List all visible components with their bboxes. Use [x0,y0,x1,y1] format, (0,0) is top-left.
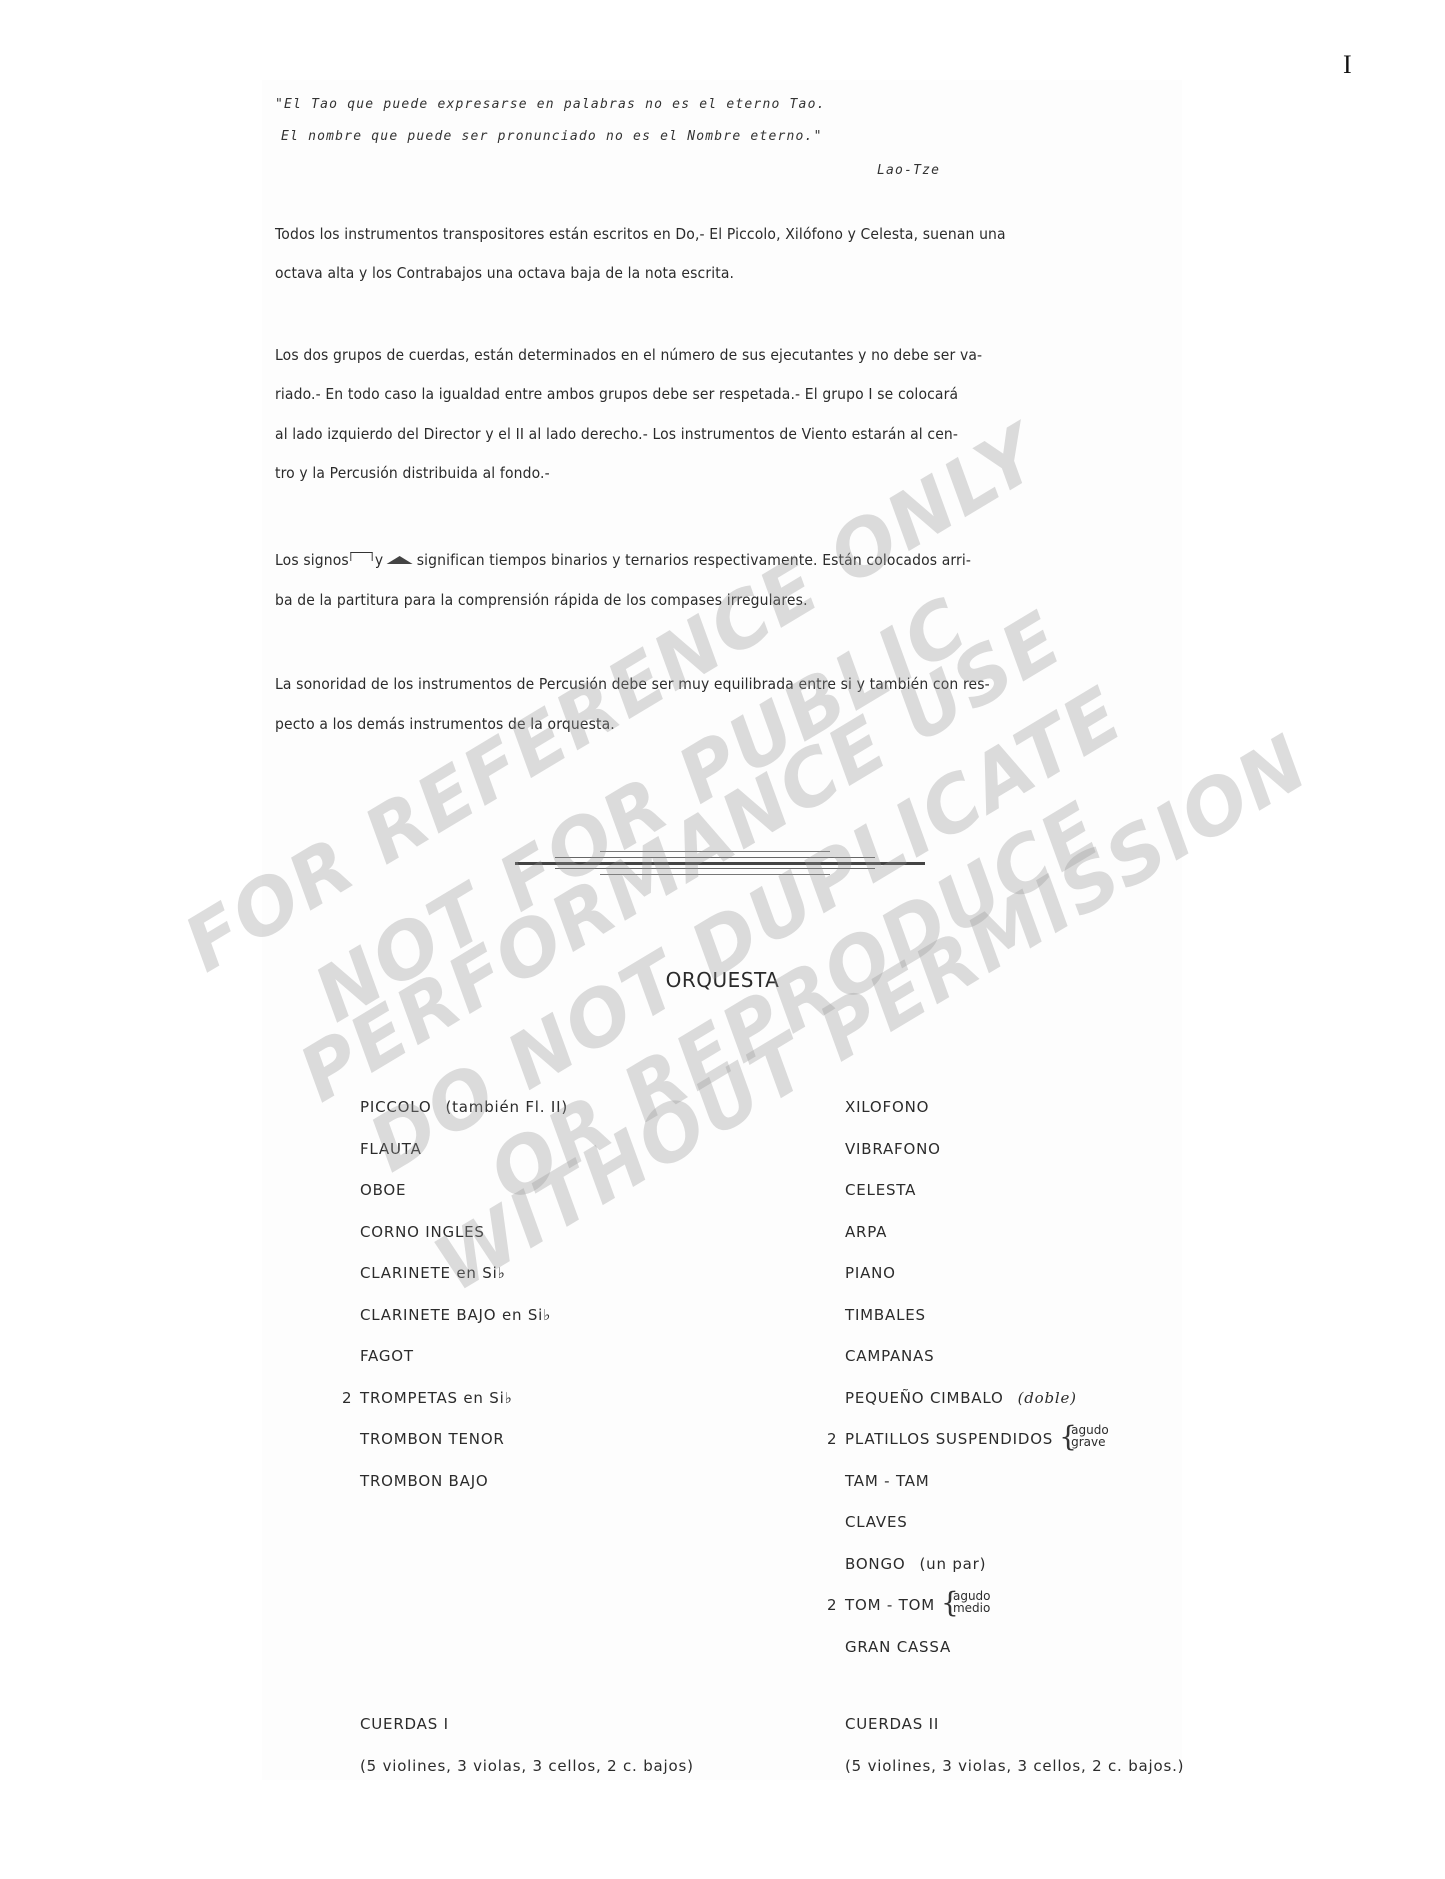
instrument-name: CORNO INGLES [360,1223,485,1241]
instrument-item: TIMBALES [845,1306,926,1324]
instrument-name: ARPA [845,1223,887,1241]
instrument-option: grave [1071,1436,1105,1448]
instrument-detail: (doble) [1018,1389,1077,1407]
instrument-option: medio [953,1602,990,1614]
instrument-quantity: 2 [827,1596,837,1614]
instrument-item: XILOFONO [845,1098,929,1116]
instrument-name: FAGOT [360,1347,414,1365]
instrument-name: VIBRAFONO [845,1140,941,1158]
strings-group-1-detail: (5 violines, 3 violas, 3 cellos, 2 c. ba… [360,1757,694,1775]
instrument-item: TROMBON TENOR [360,1430,505,1448]
instrument-quantity: 2 [342,1389,352,1407]
instrument-item: ARPA [845,1223,887,1241]
instrument-name: CELESTA [845,1181,916,1199]
epigraph-author: Lao-Tze [877,163,940,178]
instrument-item: GRAN CASSA [845,1638,951,1656]
instrument-item: CORNO INGLES [360,1223,485,1241]
instrument-name: CAMPANAS [845,1347,934,1365]
strings-group-2-name: CUERDAS II [845,1715,939,1733]
instrument-name: TAM - TAM [845,1472,930,1490]
instrument-name: OBOE [360,1181,406,1199]
instrument-name: TROMBON BAJO [360,1472,489,1490]
instrument-item: PIANO [845,1264,896,1282]
instrument-name: TROMBON TENOR [360,1430,505,1448]
instrument-item: PEQUEÑO CIMBALO(doble) [845,1389,1077,1407]
paragraph-3-text: Los signos [275,551,349,569]
instrument-name: PIANO [845,1264,896,1282]
instrument-name: CLARINETE en Si♭ [360,1264,505,1282]
instrument-name: BONGO [845,1555,905,1573]
scanned-page [262,80,1182,1780]
instrument-item: TROMPETAS en Si♭ [360,1389,512,1407]
paragraph-3-line: Los signosysignifican tiempos binarios y… [275,551,971,569]
paragraph-3-line: ba de la partitura para la comprensión r… [275,591,808,609]
instrument-item: CAMPANAS [845,1347,934,1365]
instrument-name: PEQUEÑO CIMBALO [845,1389,1004,1407]
page-number: I [1343,50,1352,80]
instrument-name: FLAUTA [360,1140,422,1158]
instrument-item: FLAUTA [360,1140,422,1158]
instrument-detail: (también Fl. II) [445,1098,568,1116]
epigraph-line-2: El nombre que puede ser pronunciado no e… [281,129,823,144]
instrument-name: PLATILLOS SUSPENDIDOS [845,1430,1053,1448]
instrument-item: VIBRAFONO [845,1140,941,1158]
instrument-name: TIMBALES [845,1306,926,1324]
paragraph-3-text: significan tiempos binarios y ternarios … [417,551,971,569]
ternary-triangle-icon [387,556,413,564]
instrument-name: TROMPETAS en Si♭ [360,1389,512,1407]
instrument-item: OBOE [360,1181,406,1199]
instrument-item: CLARINETE en Si♭ [360,1264,505,1282]
instrument-item: CELESTA [845,1181,916,1199]
paragraph-2-line: tro y la Percusión distribuida al fondo.… [275,464,550,482]
strings-group-2-detail: (5 violines, 3 violas, 3 cellos, 2 c. ba… [845,1757,1184,1775]
instrument-item: PLATILLOS SUSPENDIDOS [845,1430,1053,1448]
paragraph-2-line: riado.- En todo caso la igualdad entre a… [275,385,958,403]
paragraph-3-text: y [375,551,383,569]
instrument-item: TAM - TAM [845,1472,930,1490]
instrument-name: XILOFONO [845,1098,929,1116]
paragraph-2-line: al lado izquierdo del Director y el II a… [275,425,958,443]
instrument-item: PICCOLO(también Fl. II) [360,1098,568,1116]
binary-bracket-icon [351,552,373,561]
instrument-name: GRAN CASSA [845,1638,951,1656]
epigraph-line-1: "El Tao que puede expresarse en palabras… [275,97,826,112]
instrument-item: TROMBON BAJO [360,1472,489,1490]
strings-group-1-name: CUERDAS I [360,1715,449,1733]
paragraph-4-line: La sonoridad de los instrumentos de Perc… [275,675,990,693]
instrument-item: BONGO(un par) [845,1555,986,1573]
instrument-name: TOM - TOM [845,1596,935,1614]
instrument-item: TOM - TOM [845,1596,935,1614]
instrument-quantity: 2 [827,1430,837,1448]
instrument-detail: (un par) [919,1555,986,1573]
instrument-item: FAGOT [360,1347,414,1365]
paragraph-4-line: pecto a los demás instrumentos de la orq… [275,715,615,733]
paragraph-1-line: Todos los instrumentos transpositores es… [275,225,1006,243]
paragraph-2-line: Los dos grupos de cuerdas, están determi… [275,346,982,364]
instrument-name: PICCOLO [360,1098,431,1116]
instrument-name: CLAVES [845,1513,908,1531]
instrument-item: CLARINETE BAJO en Si♭ [360,1306,551,1324]
instrument-item: CLAVES [845,1513,908,1531]
orchestra-title: ORQUESTA [0,968,1445,992]
paragraph-1-line: octava alta y los Contrabajos una octava… [275,264,734,282]
instrument-name: CLARINETE BAJO en Si♭ [360,1306,551,1324]
